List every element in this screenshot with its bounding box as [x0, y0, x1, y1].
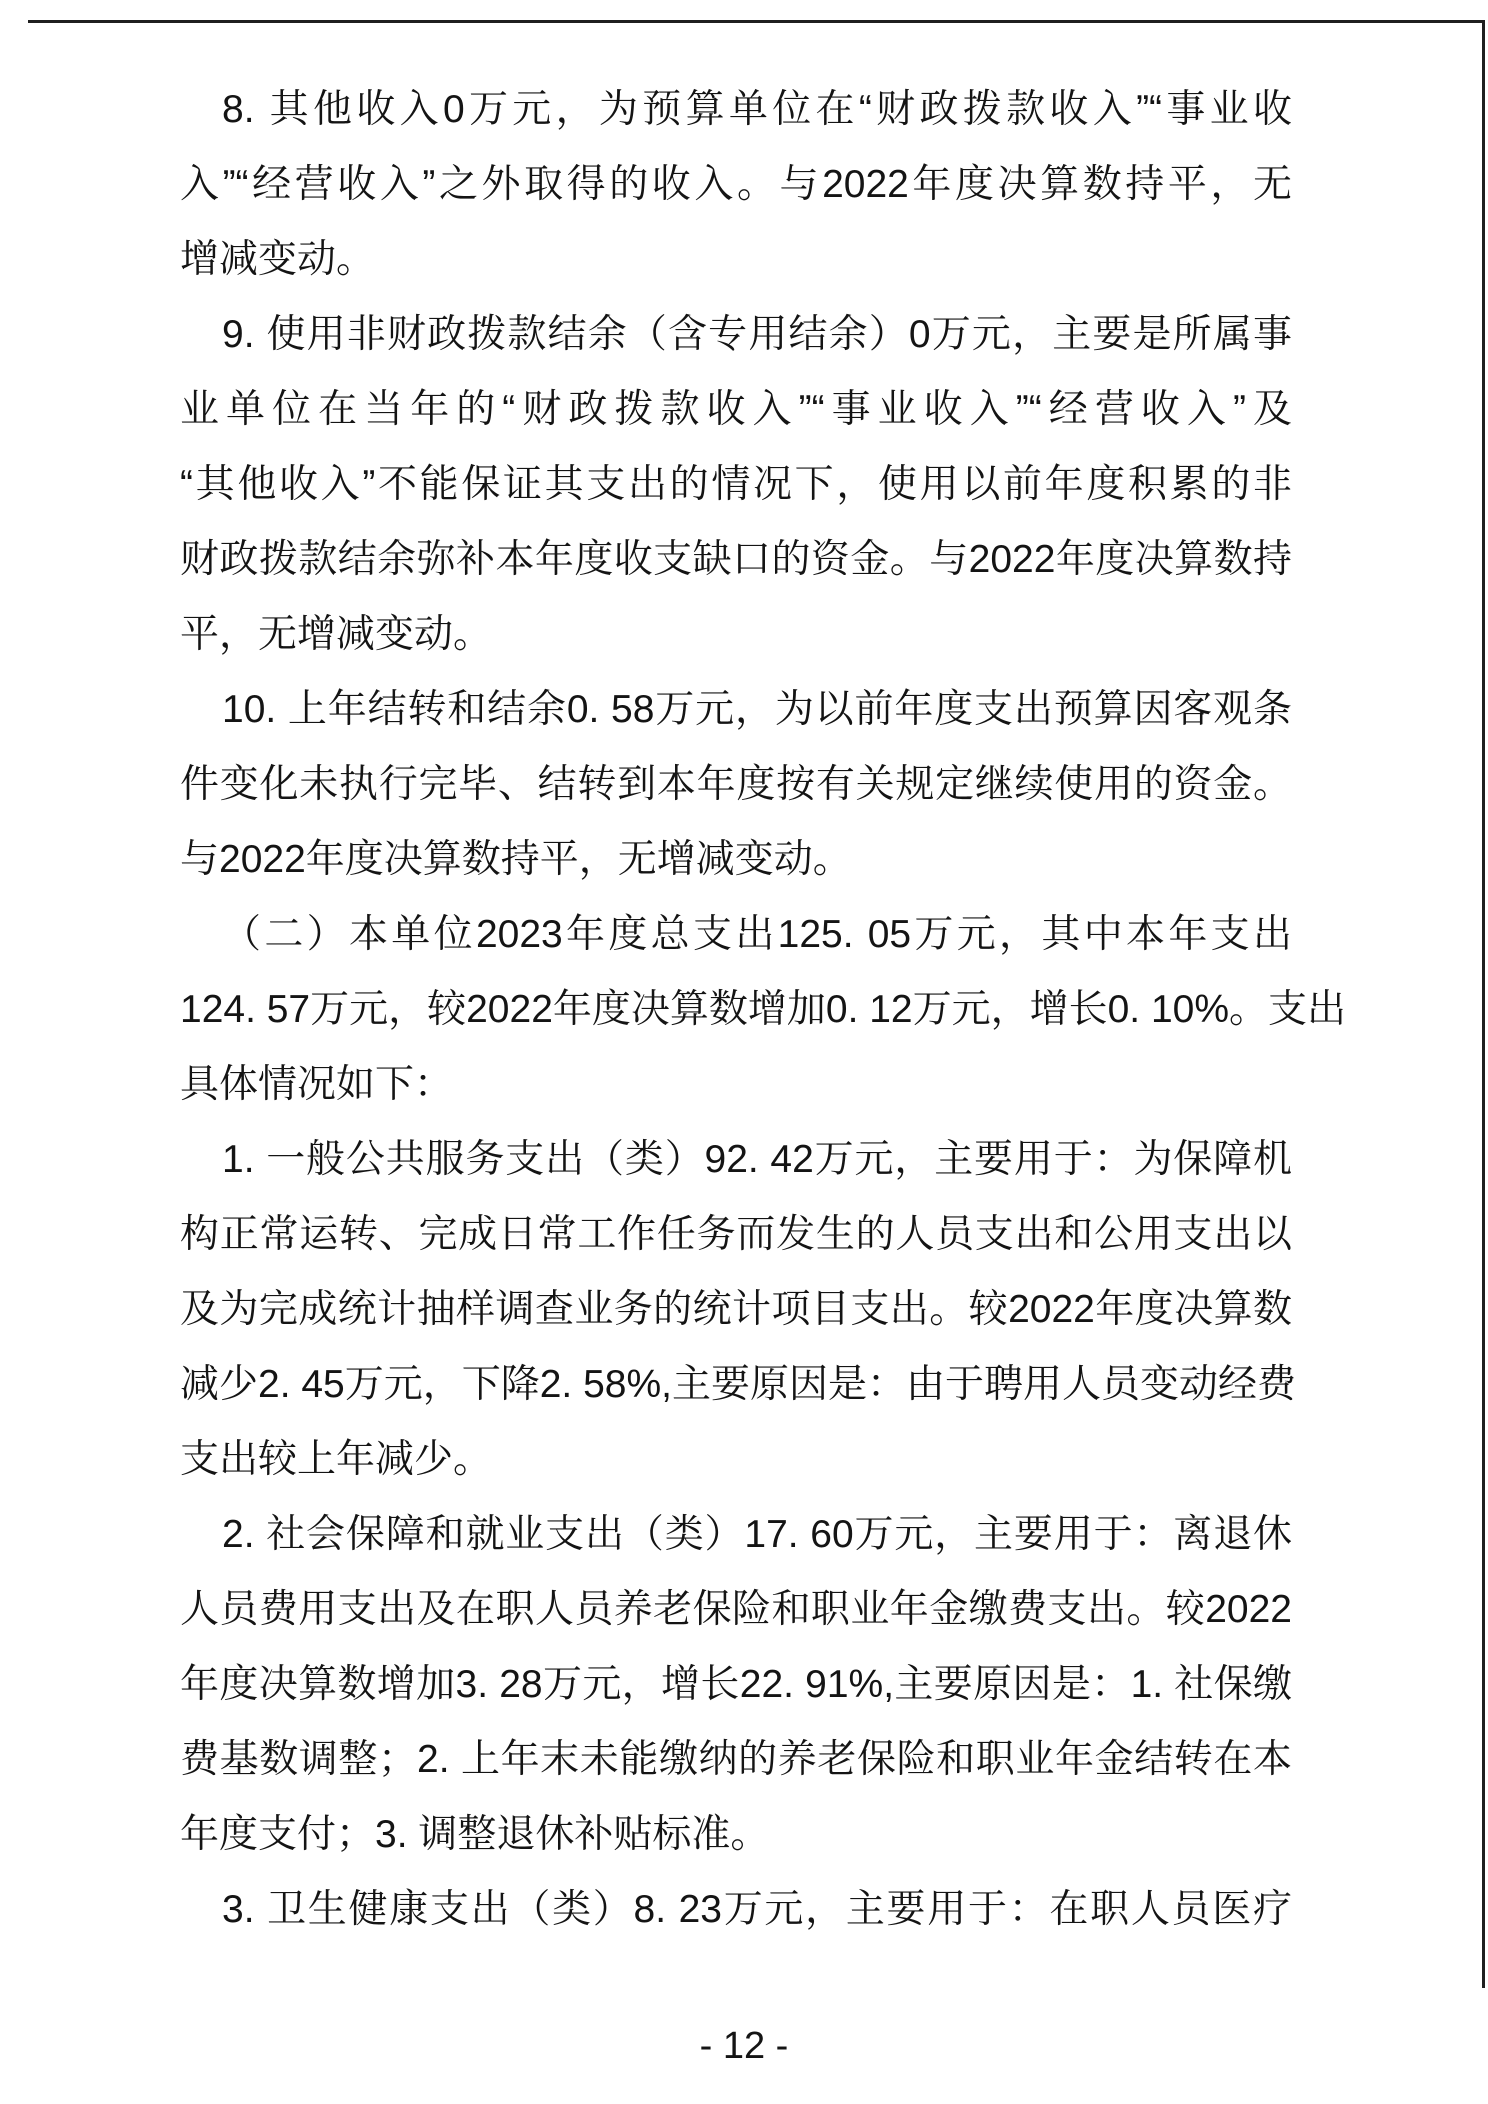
- text-line: 件变化未执行完毕、结转到本年度按有关规定继续使用的资金。: [180, 747, 1292, 822]
- text-line: （二）本单位2023年度总支出125. 05万元，其中本年支出: [180, 897, 1292, 972]
- text-line: 费基数调整；2. 上年末未能缴纳的养老保险和职业年金结转在本: [180, 1722, 1292, 1797]
- text-line: 支出较上年减少。: [180, 1422, 1292, 1497]
- text-line: 人员费用支出及在职人员养老保险和职业年金缴费支出。较2022: [180, 1572, 1292, 1647]
- text-line: “其他收入”不能保证其支出的情况下，使用以前年度积累的非: [180, 447, 1292, 522]
- text-line: 1. 一般公共服务支出（类）92. 42万元，主要用于：为保障机: [180, 1122, 1292, 1197]
- page-border-right: [1482, 20, 1485, 1988]
- text-line: 10. 上年结转和结余0. 58万元，为以前年度支出预算因客观条: [180, 672, 1292, 747]
- text-line: 增减变动。: [180, 222, 1292, 297]
- document-body: 8. 其他收入0万元，为预算单位在“财政拨款收入”“事业收入”“经营收入”之外取…: [180, 72, 1292, 1947]
- text-line: 构正常运转、完成日常工作任务而发生的人员支出和公用支出以: [180, 1197, 1292, 1272]
- text-line: 业单位在当年的“财政拨款收入”“事业收入”“经营收入”及: [180, 372, 1292, 447]
- text-line: 3. 卫生健康支出（类）8. 23万元，主要用于：在职人员医疗: [180, 1872, 1292, 1947]
- text-line: 具体情况如下：: [180, 1047, 1292, 1122]
- text-line: 与2022年度决算数持平，无增减变动。: [180, 822, 1292, 897]
- text-line: 年度决算数增加3. 28万元，增长22. 91%,主要原因是：1. 社保缴: [180, 1647, 1292, 1722]
- page-number: - 12 -: [0, 2022, 1488, 2070]
- text-line: 2. 社会保障和就业支出（类）17. 60万元，主要用于：离退休: [180, 1497, 1292, 1572]
- text-line: 及为完成统计抽样调查业务的统计项目支出。较2022年度决算数: [180, 1272, 1292, 1347]
- text-line: 9. 使用非财政拨款结余（含专用结余）0万元，主要是所属事: [180, 297, 1292, 372]
- text-line: 财政拨款结余弥补本年度收支缺口的资金。与2022年度决算数持: [180, 522, 1292, 597]
- text-line: 减少2. 45万元，下降2. 58%,主要原因是：由于聘用人员变动经费: [180, 1347, 1292, 1422]
- text-line: 124. 57万元，较2022年度决算数增加0. 12万元，增长0. 10%。支…: [180, 972, 1292, 1047]
- text-line: 平，无增减变动。: [180, 597, 1292, 672]
- page-border-top: [28, 20, 1485, 23]
- text-line: 入”“经营收入”之外取得的收入。与2022年度决算数持平，无: [180, 147, 1292, 222]
- text-line: 年度支付；3. 调整退休补贴标准。: [180, 1797, 1292, 1872]
- text-line: 8. 其他收入0万元，为预算单位在“财政拨款收入”“事业收: [180, 72, 1292, 147]
